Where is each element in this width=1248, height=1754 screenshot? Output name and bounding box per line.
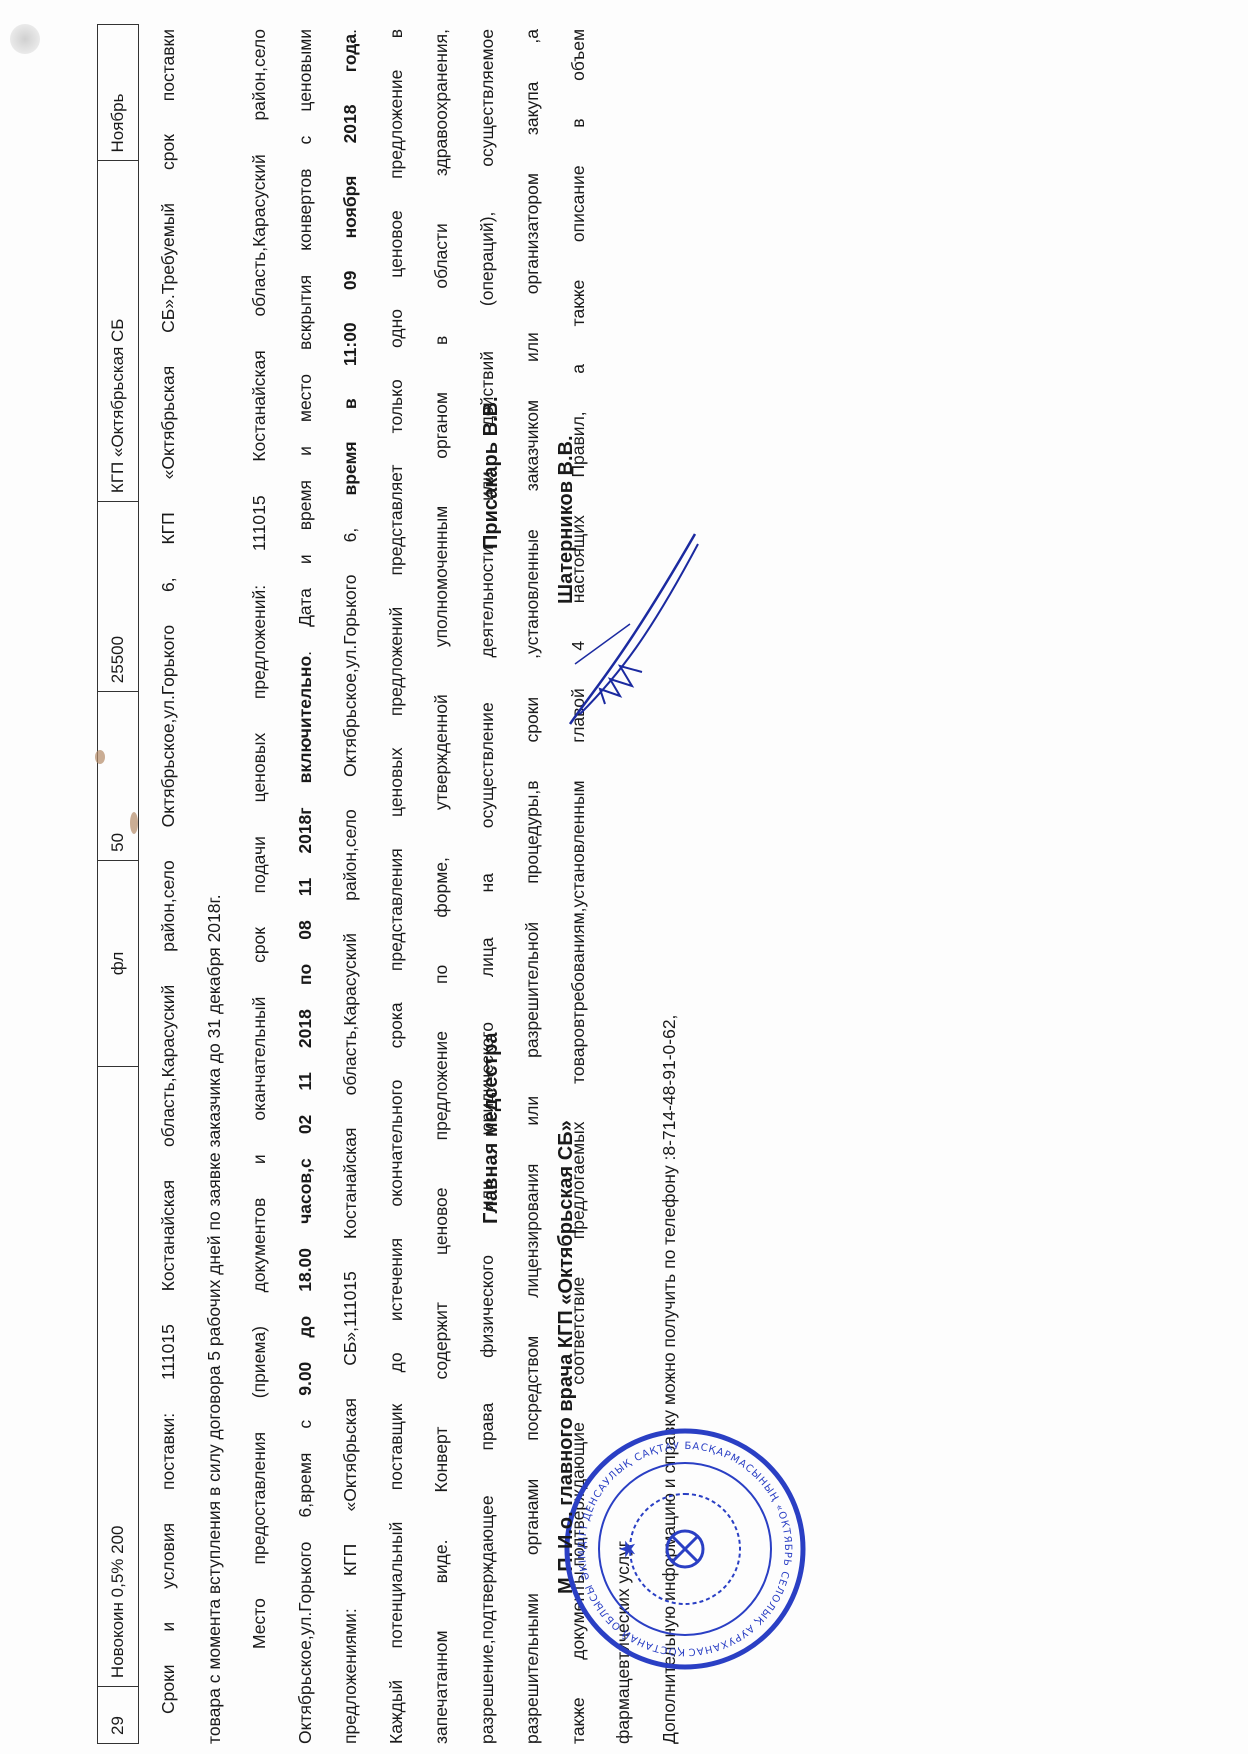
scan-corner-mark <box>10 24 40 54</box>
handwritten-signature-icon <box>560 514 700 734</box>
nurse-name: Присакарь В.В. <box>480 396 503 549</box>
paragraph-line: товара с момента вступления в силу догов… <box>192 29 238 1744</box>
paragraph-line: Каждый потенциальный поставщик до истече… <box>374 29 420 1744</box>
paragraph-line: Место предоставления (приема) документов… <box>237 29 283 1744</box>
nurse-title: Главная медсестра <box>480 1033 503 1224</box>
item-unit: фл <box>98 860 139 1066</box>
paragraph-line: Сроки и условия поставки: 111015 Костана… <box>146 29 192 1744</box>
paragraph-line: разрешение,подтверждающее права физическ… <box>465 29 511 1744</box>
paragraph-line: предложениями: КГП «Октябрьская СБ»,1110… <box>328 29 374 1744</box>
scanned-document-page: 29 Новокоин 0,5% 200 фл 50 25500 КГП «Ок… <box>0 0 1248 1754</box>
item-customer: КГП «Октябрьская СБ <box>98 161 139 502</box>
item-name: Новокоин 0,5% 200 <box>98 1067 139 1687</box>
scan-stain <box>130 812 138 834</box>
item-month: Ноябрь <box>98 25 139 162</box>
row-number: 29 <box>98 1687 139 1744</box>
item-quantity: 50 <box>98 692 139 861</box>
paragraph-line: разрешительными органами посредством лиц… <box>510 29 556 1744</box>
svg-text:★: ★ <box>615 1539 640 1559</box>
official-stamp-icon: ҚОСТАНАЙ ОБЛЫСЫ ӘКІМДІГІ ДЕНСАУЛЫҚ САҚТА… <box>560 1424 810 1674</box>
goods-table: 29 Новокоин 0,5% 200 фл 50 25500 КГП «Ок… <box>97 24 139 1744</box>
scan-stain <box>95 750 105 764</box>
paragraph-line: Октябрьское,ул.Горького 6,время с 9.00 д… <box>283 29 329 1744</box>
table-row: 29 Новокоин 0,5% 200 фл 50 25500 КГП «Ок… <box>98 25 139 1744</box>
doctor-title: И.о. главного врача КГП «Октябрьская СБ» <box>555 1120 578 1549</box>
item-sum: 25500 <box>98 502 139 692</box>
paragraph-line: запечатанном виде. Конверт содержит цено… <box>419 29 465 1744</box>
